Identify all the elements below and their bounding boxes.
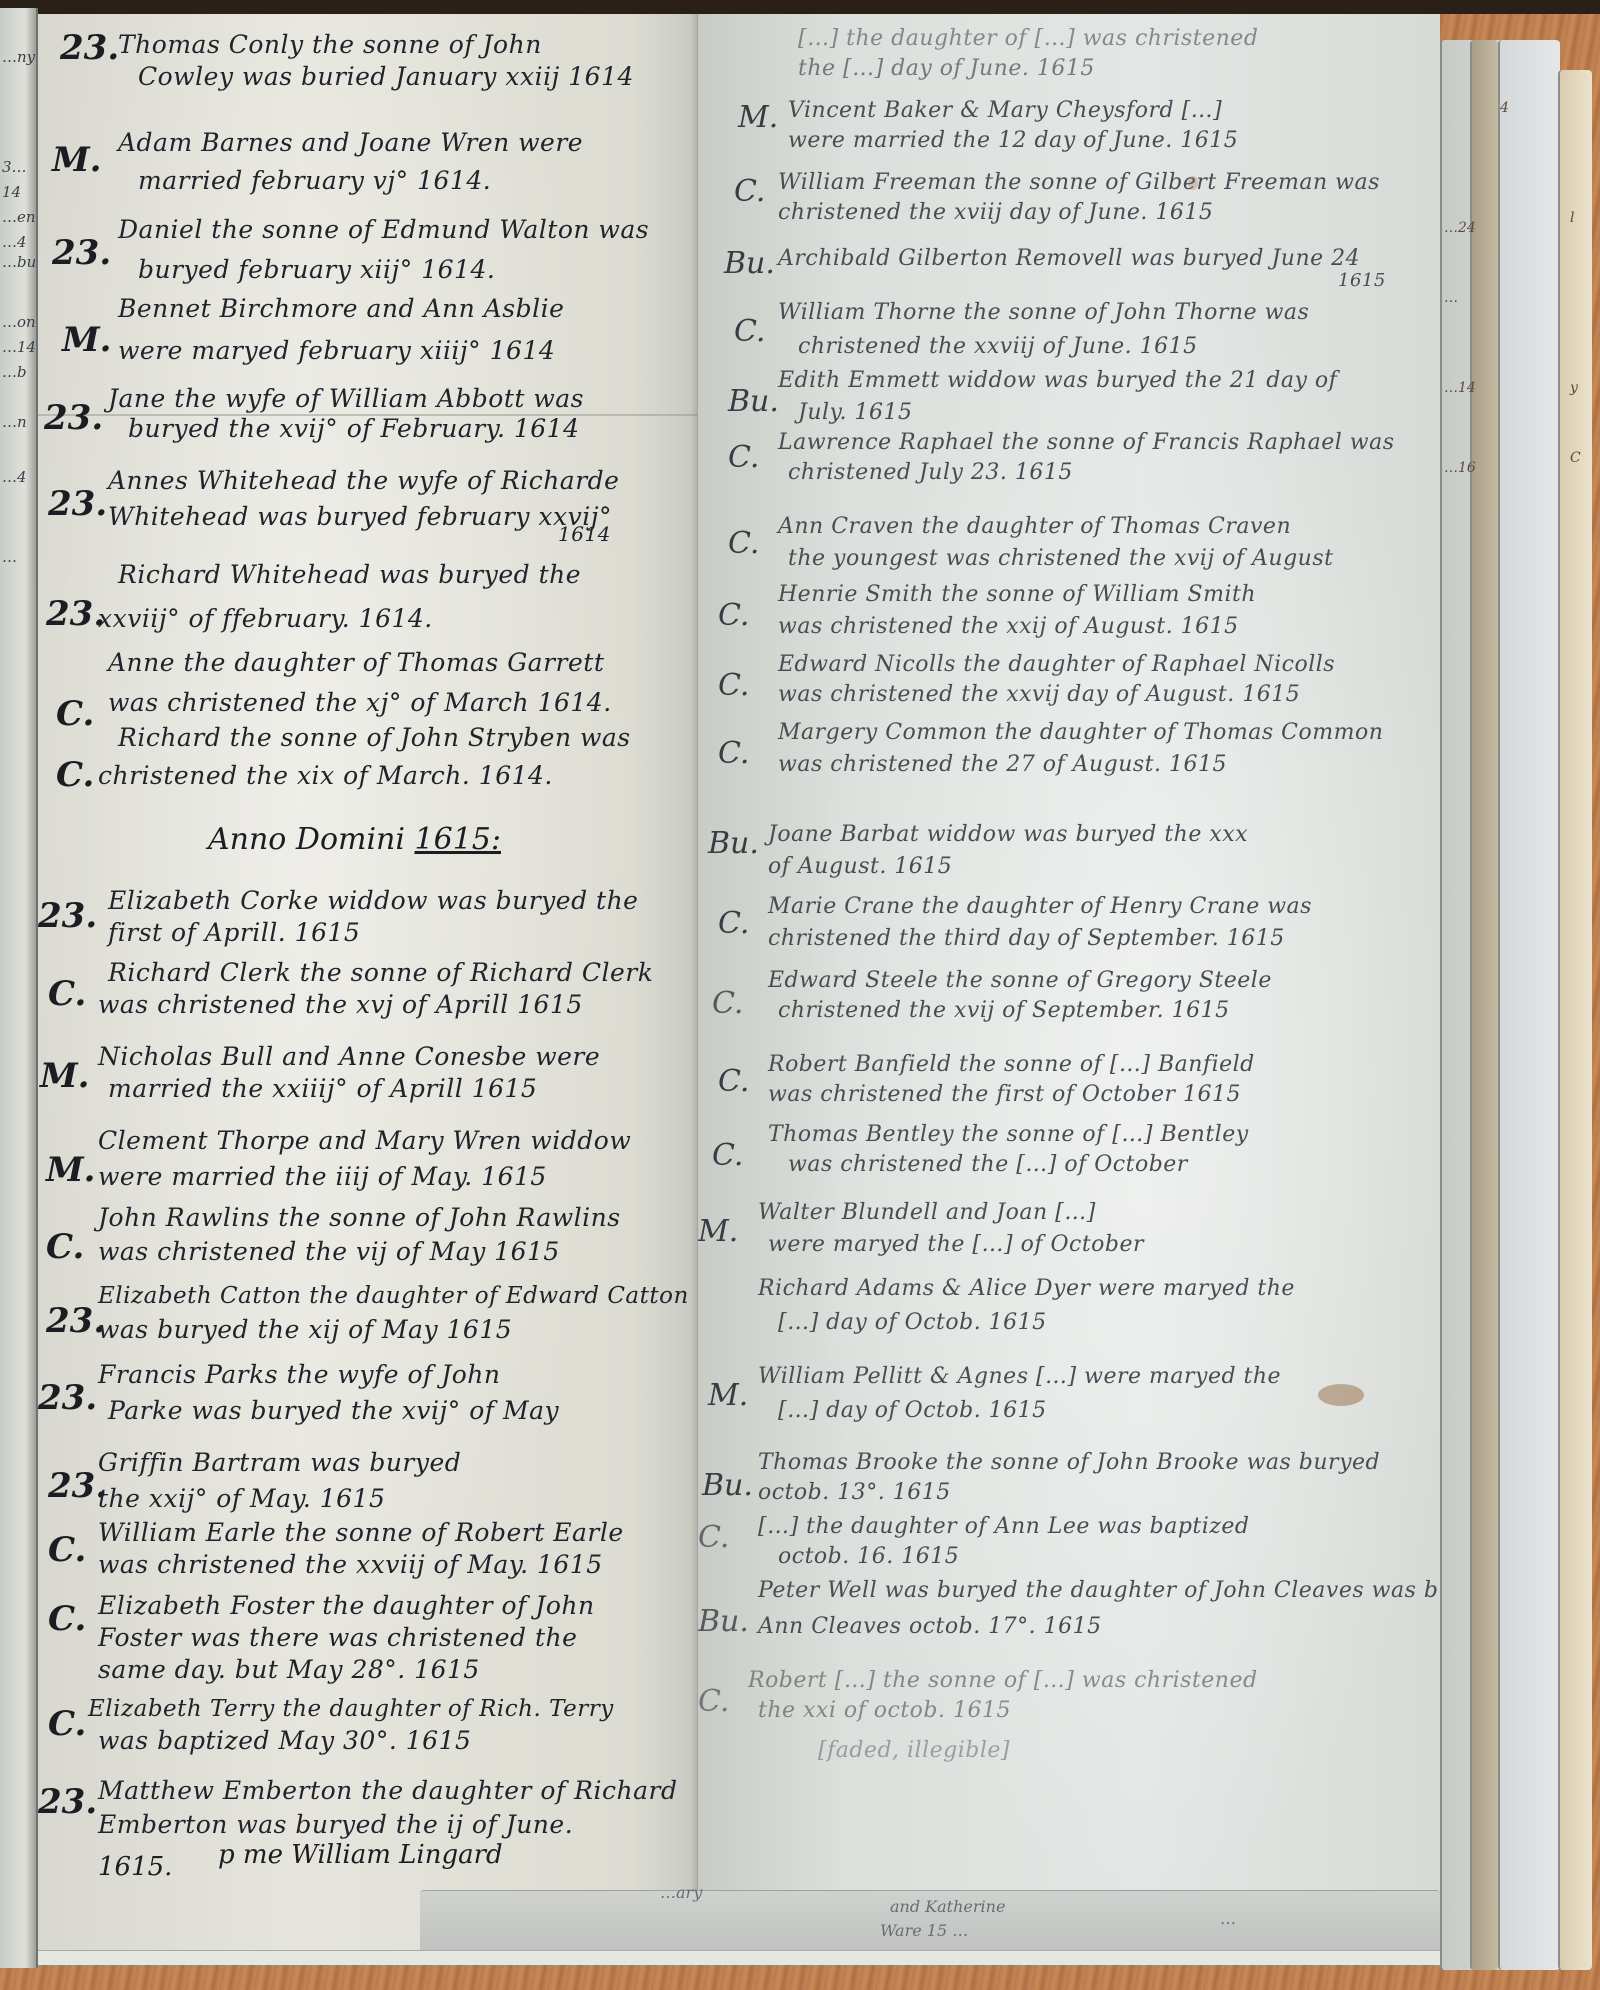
entry-line: William Thorne the sonne of John Thorne … (778, 300, 1309, 325)
entry-type-code: 23. (38, 1782, 97, 1822)
entry-type-code: M. (46, 1150, 95, 1190)
leaf-fragment: …24 (1444, 220, 1476, 236)
entry-type-code: Bu. (708, 826, 759, 861)
entry-line: was christened the vij of May 1615 (98, 1237, 560, 1266)
entry-type-code: C. (712, 1138, 743, 1173)
ink-stain (1188, 176, 1198, 190)
entry-line: Marie Crane the daughter of Henry Crane … (768, 894, 1312, 919)
leaf-fragment: 4 (1500, 100, 1509, 116)
entry-line: christened the xviij day of June. 1615 (778, 200, 1213, 225)
previous-page-edge: …ny 3… 14 …en w …4 …bu …on …14 …b …n …4 … (0, 8, 38, 1968)
entry-type-code: C. (718, 1064, 749, 1099)
entry-line: was christened the first of October 1615 (768, 1082, 1241, 1107)
entry-type-code: C. (48, 1704, 86, 1744)
entry-type-code: M. (738, 100, 778, 135)
entry-line: xxviij° of ffebruary. 1614. (98, 604, 433, 633)
entry-line: Robert Banfield the sonne of […] Banfiel… (768, 1052, 1255, 1077)
entry-type-code: Bu. (698, 1604, 749, 1639)
entry-line: the xxi of octob. 1615 (758, 1698, 1011, 1723)
margin-fragment: …14 (2, 338, 36, 356)
entry-line: were married the 12 day of June. 1615 (788, 128, 1238, 153)
entry-type-code: C. (734, 314, 765, 349)
left-page: 23. Thomas Conly the sonne of John Cowle… (38, 14, 698, 1954)
entry-type-code: 23. (60, 28, 119, 68)
entry-line: Elizabeth Corke widdow was buryed the (108, 886, 638, 915)
entry-type-code: C. (46, 1227, 84, 1267)
entry-line: Edith Emmett widdow was buryed the 21 da… (778, 368, 1337, 393)
entry-line: was christened the […] of October (788, 1152, 1188, 1177)
entry-line: Ann Craven the daughter of Thomas Craven (778, 514, 1291, 539)
entry-type-code: 23. (38, 1378, 97, 1418)
right-page: […] the daughter of […] was christened t… (698, 14, 1440, 1954)
entry-line: Bennet Birchmore and Ann Asblie (118, 294, 564, 323)
entry-line: Whitehead was buryed february xxvij° (108, 502, 612, 531)
entry-type-code: C. (56, 755, 94, 795)
entry-type-code: C. (698, 1520, 729, 1555)
inserted-leaves: 4 …24 … …14 …16 l y C (1440, 40, 1590, 1970)
margin-fragment: …en w (2, 208, 38, 226)
entry-line: [faded, illegible] (818, 1738, 1010, 1763)
slip-fragment: …ary (660, 1883, 702, 1902)
entry-line: Lawrence Raphael the sonne of Francis Ra… (778, 430, 1395, 455)
entry-line: Clement Thorpe and Mary Wren widdow (98, 1126, 631, 1155)
entry-type-code: M. (62, 320, 111, 360)
entry-line: christened the third day of September. 1… (768, 926, 1285, 951)
entry-type-code: 23. (48, 484, 107, 524)
leaf-fragment: y (1570, 380, 1578, 396)
entry-line: […] the daughter of Ann Lee was baptized (758, 1514, 1250, 1539)
entry-year-tail: 1615. (98, 1852, 172, 1882)
entry-type-code: C. (728, 526, 759, 561)
slip-fragment: and Katherine (890, 1897, 1005, 1916)
photo-top-shadow (0, 0, 1600, 14)
entry-line: married the xxiiij° of Aprill 1615 (108, 1074, 537, 1103)
entry-type-code: Bu. (728, 384, 779, 419)
entry-line: Nicholas Bull and Anne Conesbe were (98, 1042, 600, 1071)
entry-line: Griffin Bartram was buryed (98, 1448, 461, 1477)
year-heading-year: 1615: (415, 822, 501, 857)
margin-fragment: …4 (2, 468, 27, 486)
entry-type-code: 23. (46, 594, 105, 634)
entry-type-code: C. (728, 440, 759, 475)
rust-stain (1318, 1384, 1364, 1406)
entry-line: married february vj° 1614. (138, 166, 491, 195)
folded-slip-bottom: …ary and Katherine Ware 15 … … (420, 1890, 1440, 1951)
leaf-fragment: …16 (1444, 460, 1476, 476)
margin-fragment: …ny (2, 48, 35, 66)
entry-type-code: 23. (52, 233, 111, 273)
entry-line: was christened the xxvij day of August. … (778, 682, 1300, 707)
margin-fragment: …bu (2, 253, 36, 271)
entry-line: Emberton was buryed the ij of June. (98, 1810, 573, 1839)
entry-line: Elizabeth Foster the daughter of John (98, 1591, 595, 1620)
entry-line: was buryed the xij of May 1615 (98, 1315, 512, 1344)
leaf-fragment: …14 (1444, 380, 1476, 396)
entry-line: Thomas Conly the sonne of John (118, 30, 542, 59)
entry-line: Matthew Emberton the daughter of Richard (98, 1776, 677, 1805)
entry-type-code: C. (718, 736, 749, 771)
entry-line: christened the xxviij of June. 1615 (798, 334, 1198, 359)
entry-line: christened July 23. 1615 (788, 460, 1073, 485)
margin-fragment: 14 (2, 183, 21, 201)
slip-fragment: Ware 15 … (880, 1921, 968, 1940)
leaf-fragment: … (1444, 290, 1458, 306)
entry-line: were maryed the […] of October (768, 1232, 1144, 1257)
entry-line: July. 1615 (798, 400, 913, 425)
entry-type-code: C. (48, 1530, 86, 1570)
margin-fragment: 3… (2, 158, 27, 176)
entry-line: buryed february xiij° 1614. (138, 255, 495, 284)
entry-type-code: C. (712, 986, 743, 1021)
entry-line: was christened the xj° of March 1614. (108, 688, 612, 717)
entry-line: same day. but May 28°. 1615 (98, 1655, 480, 1684)
entry-line: William Pellitt & Agnes […] were maryed … (758, 1364, 1281, 1389)
entry-line: the xxij° of May. 1615 (98, 1484, 385, 1513)
margin-fragment: … (2, 548, 17, 566)
entry-type-code: C. (48, 1599, 86, 1639)
entry-line: was christened the xxviij of May. 1615 (98, 1550, 603, 1579)
entry-line: Walter Blundell and Joan […] (758, 1200, 1096, 1225)
entry-line: octob. 13°. 1615 (758, 1480, 951, 1505)
entry-line: William Freeman the sonne of Gilbert Fre… (778, 170, 1380, 195)
entry-line: Thomas Brooke the sonne of John Brooke w… (758, 1450, 1380, 1475)
entry-line: Archibald Gilberton Removell was buryed … (778, 246, 1360, 271)
entry-line: Annes Whitehead the wyfe of Richarde (108, 466, 619, 495)
entry-line: Daniel the sonne of Edmund Walton was (118, 215, 649, 244)
entry-type-code: 23. (44, 398, 103, 438)
entry-line: christened the xvij of September. 1615 (778, 998, 1230, 1023)
entry-line: Edward Nicolls the daughter of Raphael N… (778, 652, 1335, 677)
year-heading: Anno Domini 1615: (208, 822, 501, 857)
entry-line: Robert […] the sonne of […] was christen… (748, 1668, 1258, 1693)
margin-fragment: …4 (2, 233, 27, 251)
entry-line: Henrie Smith the sonne of William Smith (778, 582, 1256, 607)
entry-type-code: C. (718, 906, 749, 941)
entry-line: was christened the xvj of Aprill 1615 (98, 990, 583, 1019)
entry-line: 1615 (1338, 270, 1386, 291)
entry-type-code: M. (40, 1056, 89, 1096)
leaf (1498, 40, 1560, 1970)
entry-line: the […] day of June. 1615 (798, 56, 1095, 81)
entry-line: Anne the daughter of Thomas Garrett (108, 648, 604, 677)
entry-line: Joane Barbat widdow was buryed the xxx (768, 822, 1248, 847)
leaf (1558, 70, 1592, 1970)
entry-line: […] day of Octob. 1615 (778, 1398, 1047, 1423)
entry-line: Adam Barnes and Joane Wren were (118, 128, 583, 157)
entry-line: Peter Well was buryed the daughter of Jo… (758, 1578, 1440, 1603)
entry-line: of August. 1615 (768, 854, 952, 879)
entry-line: was christened the xxij of August. 1615 (778, 614, 1239, 639)
margin-fragment: …n (2, 413, 27, 431)
entry-line: Elizabeth Catton the daughter of Edward … (98, 1283, 689, 1309)
entry-line: christened the xix of March. 1614. (98, 761, 553, 790)
entry-line: 1614 (558, 522, 611, 546)
entry-line: Parke was buryed the xvij° of May (108, 1396, 559, 1425)
margin-fragment: …on (2, 313, 36, 331)
entry-type-code: 23. (38, 896, 97, 936)
entry-line: […] the daughter of […] was christened (798, 26, 1258, 51)
entry-type-code: C. (48, 974, 86, 1014)
entry-line: the youngest was christened the xvij of … (788, 546, 1333, 571)
entry-line: first of Aprill. 1615 (108, 918, 360, 947)
entry-type-code: M. (52, 140, 101, 180)
entry-type-code: 23. (46, 1301, 105, 1341)
entry-line: were married the iiij of May. 1615 (98, 1162, 547, 1191)
entry-line: Margery Common the daughter of Thomas Co… (778, 720, 1383, 745)
entry-line: John Rawlins the sonne of John Rawlins (98, 1203, 621, 1232)
entry-type-code: Bu. (702, 1468, 753, 1503)
entry-line: Foster was there was christened the (98, 1623, 577, 1652)
entry-line: Edward Steele the sonne of Gregory Steel… (768, 968, 1272, 993)
entry-line: Elizabeth Terry the daughter of Rich. Te… (88, 1696, 614, 1722)
entry-type-code: M. (708, 1378, 748, 1413)
entry-line: buryed the xvij° of February. 1614 (128, 414, 580, 443)
entry-type-code: C. (734, 174, 765, 209)
leaf-fragment: C (1570, 450, 1581, 466)
entry-line: Richard Whitehead was buryed the (118, 560, 581, 589)
year-heading-prefix: Anno Domini (208, 822, 405, 857)
entry-type-code: C. (56, 694, 94, 734)
page-bottom-edge (38, 1950, 1538, 1965)
leaf (1470, 40, 1498, 1970)
entry-line: William Earle the sonne of Robert Earle (98, 1518, 624, 1547)
entry-line: octob. 16. 1615 (778, 1544, 959, 1569)
entry-line: Richard Clerk the sonne of Richard Clerk (108, 958, 653, 987)
entry-line: Jane the wyfe of William Abbott was (108, 384, 584, 413)
entry-line: Thomas Bentley the sonne of […] Bentley (768, 1122, 1249, 1147)
leaf-fragment: l (1570, 210, 1574, 226)
entry-line: Richard Adams & Alice Dyer were maryed t… (758, 1276, 1295, 1301)
margin-fragment: …b (2, 363, 27, 381)
entry-type-code: C. (718, 598, 749, 633)
entry-line: was christened the 27 of August. 1615 (778, 752, 1227, 777)
entry-type-code: M. (698, 1214, 738, 1249)
entry-type-code: Bu. (724, 246, 775, 281)
entry-line: was baptized May 30°. 1615 (98, 1726, 471, 1755)
entry-type-code: C. (698, 1684, 729, 1719)
entry-line: Francis Parks the wyfe of John (98, 1360, 501, 1389)
entry-line: Richard the sonne of John Stryben was (118, 723, 631, 752)
slip-fragment: … (1220, 1909, 1236, 1928)
entry-type-code: C. (718, 668, 749, 703)
entry-line: were maryed february xiiij° 1614 (118, 336, 555, 365)
curate-signature: p me William Lingard (218, 1840, 503, 1870)
entry-line: Ann Cleaves octob. 17°. 1615 (758, 1614, 1102, 1639)
entry-line: Cowley was buried January xxiij 1614 (138, 62, 634, 91)
entry-line: Vincent Baker & Mary Cheysford […] (788, 98, 1222, 123)
entry-line: […] day of Octob. 1615 (778, 1310, 1047, 1335)
